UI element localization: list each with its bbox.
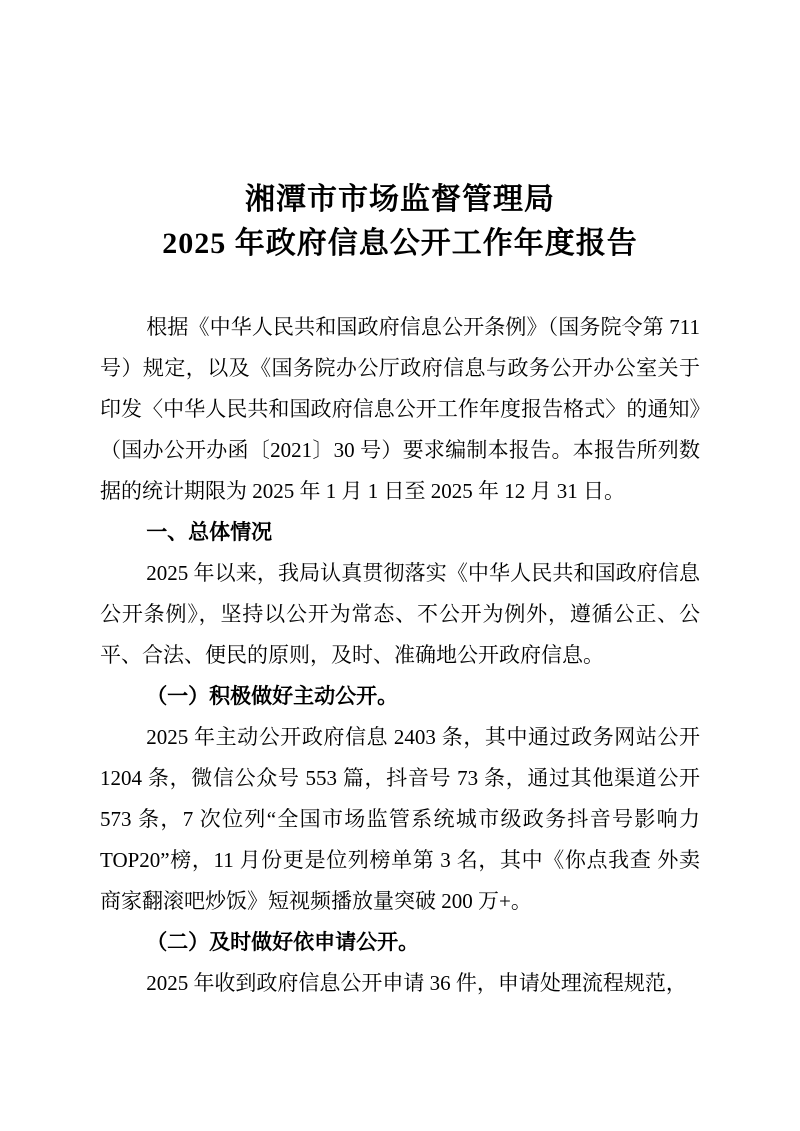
document-title-line-2: 2025 年政府信息公开工作年度报告 (100, 222, 700, 266)
paragraph-overall-situation: 2025 年以来，我局认真贯彻落实《中华人民共和国政府信息公开条例》，坚持以公开… (100, 553, 700, 676)
paragraph-request-based-disclosure: 2025 年收到政府信息公开申请 36 件，申请处理流程规范， (100, 963, 700, 1004)
paragraph-intro-legal-basis: 根据《中华人民共和国政府信息公开条例》（国务院令第 711 号）规定，以及《国务… (100, 307, 700, 512)
paragraph-proactive-disclosure-stats: 2025 年主动公开政府信息 2403 条，其中通过政务网站公开 1204 条，… (100, 717, 700, 922)
subsection-heading-proactive-disclosure: （一）积极做好主动公开。 (100, 676, 700, 717)
document-title: 湘潭市市场监督管理局 2025 年政府信息公开工作年度报告 (100, 178, 700, 266)
section-heading-overall-situation: 一、总体情况 (100, 512, 700, 553)
document-content: 湘潭市市场监督管理局 2025 年政府信息公开工作年度报告 根据《中华人民共和国… (0, 0, 800, 1004)
subsection-heading-request-based-disclosure: （二）及时做好依申请公开。 (100, 922, 700, 963)
document-title-line-1: 湘潭市市场监督管理局 (100, 178, 700, 222)
document-body: 根据《中华人民共和国政府信息公开条例》（国务院令第 711 号）规定，以及《国务… (100, 307, 700, 1004)
document-page: 湘潭市市场监督管理局 2025 年政府信息公开工作年度报告 根据《中华人民共和国… (0, 0, 800, 1131)
